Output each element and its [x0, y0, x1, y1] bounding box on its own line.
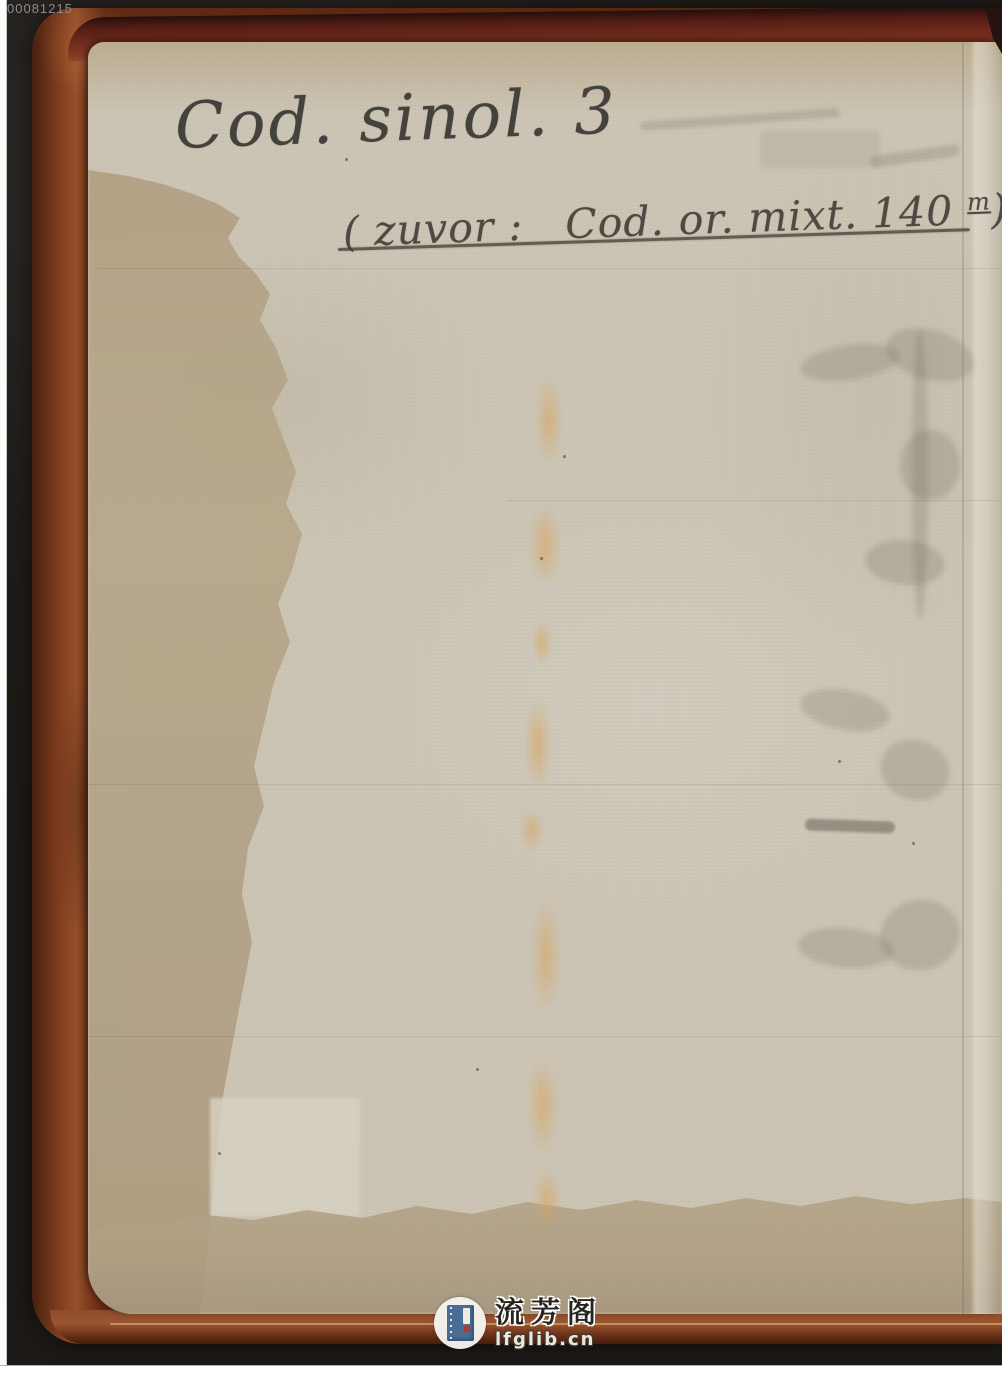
glue-stain	[532, 900, 560, 1010]
shelfmark-inscription: Cod. sinol. 3	[174, 75, 619, 164]
pencil-smudge	[872, 730, 958, 810]
speck	[218, 1152, 221, 1155]
watermark-logo-circle	[434, 1297, 486, 1349]
pencil-smudge	[863, 537, 947, 589]
book-red-seal-icon	[464, 1326, 470, 1332]
scan-id-label: 00081215	[7, 1, 73, 16]
former-shelfmark-close: )	[990, 185, 1002, 234]
crease-line	[88, 1036, 1002, 1037]
pencil-smudge	[797, 682, 893, 737]
pencil-mark	[805, 818, 895, 833]
scanned-book-page: Cod. sinol. 3 ( zuvor : Cod. or. mixt. 1…	[0, 0, 1002, 1377]
scan-background: Cod. sinol. 3 ( zuvor : Cod. or. mixt. 1…	[6, 0, 1002, 1366]
former-shelfmark-superscript: m	[966, 187, 991, 216]
speck	[912, 842, 915, 845]
glue-stain	[534, 1170, 560, 1230]
glue-stain	[536, 378, 562, 463]
library-watermark: 流芳阁 lfglib.cn	[434, 1297, 603, 1349]
erased-writing-ghost	[870, 144, 961, 168]
watermark-site-name: 流芳阁	[495, 1297, 603, 1329]
crease-line	[98, 268, 1002, 269]
erased-writing-ghost	[760, 130, 880, 168]
glue-stain	[528, 1060, 558, 1150]
speck	[345, 158, 348, 161]
book-binding-stitches-icon	[450, 1307, 452, 1339]
crease-line	[508, 500, 1002, 501]
watermark-site-domain: lfglib.cn	[495, 1331, 603, 1349]
watermark-text-block: 流芳阁 lfglib.cn	[495, 1297, 603, 1349]
book-cover: Cod. sinol. 3 ( zuvor : Cod. or. mixt. 1…	[32, 8, 1002, 1344]
speck	[563, 455, 566, 458]
pencil-smudge	[900, 430, 960, 500]
paper-light-patch	[210, 1098, 360, 1216]
chinese-stitched-book-icon	[447, 1305, 474, 1341]
glue-stain	[532, 620, 552, 665]
glue-stain	[530, 505, 560, 585]
pencil-smudge	[875, 894, 966, 977]
glue-stain	[520, 810, 544, 850]
book-title-label-icon	[463, 1308, 470, 1324]
speck	[540, 557, 543, 560]
scanner-frame-bottom	[0, 1365, 1002, 1377]
speck	[838, 760, 841, 763]
speck	[476, 1068, 479, 1071]
glue-stain	[524, 700, 552, 790]
pastedown-paper: Cod. sinol. 3 ( zuvor : Cod. or. mixt. 1…	[88, 42, 1002, 1314]
scanner-frame-left	[0, 0, 7, 1377]
